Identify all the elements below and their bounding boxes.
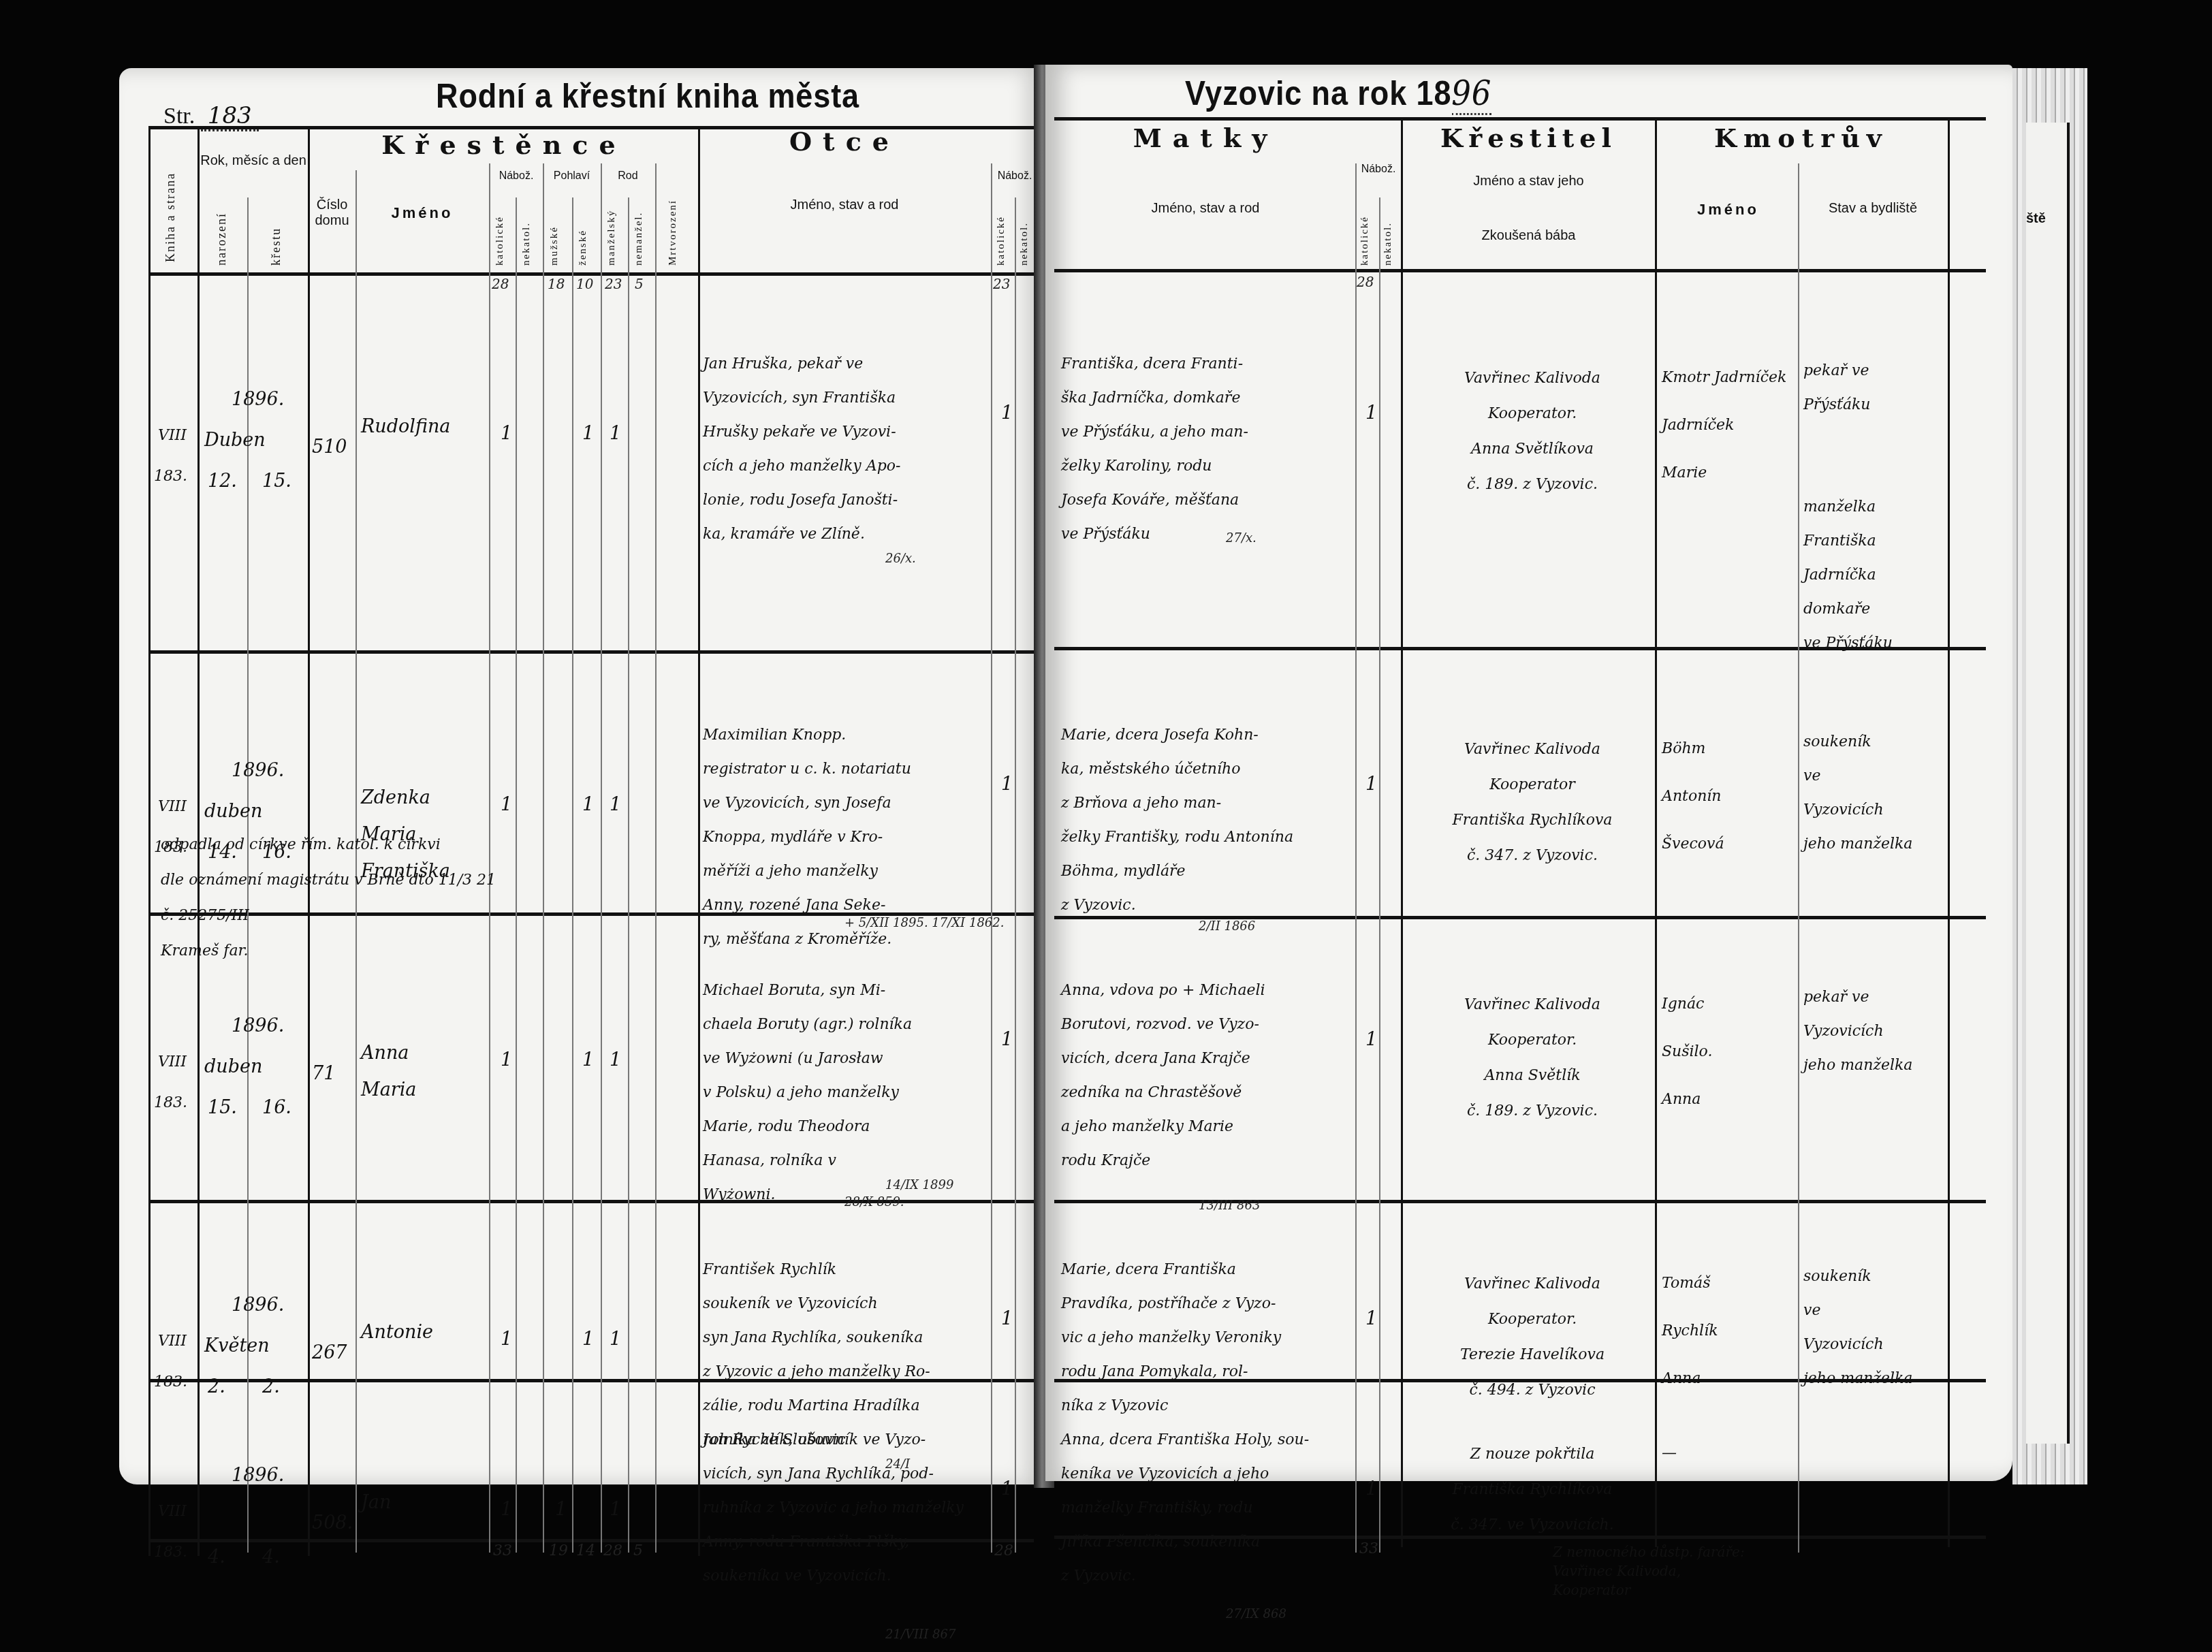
col-manzelsky: manželský xyxy=(606,204,618,266)
carry-otce-katol: 23 xyxy=(993,276,1010,292)
col-otce-katolicke: katolické xyxy=(996,204,1007,266)
carry-nemanzel: 5 xyxy=(635,276,644,292)
entry-mother: Františka, dcera Franti- ška Jadrníčka, … xyxy=(1061,347,1347,552)
col-katolicke: katolické xyxy=(494,204,506,266)
entry-baptizer: Vavřinec Kalivoda Kooperator. Terezie Ha… xyxy=(1410,1267,1655,1408)
entry-mother-dates: 13/III 863 xyxy=(1199,1198,1260,1213)
entry-father-dates: 28/X 859. xyxy=(844,1195,904,1209)
entry-baptism-day: 16. xyxy=(262,1090,291,1126)
col-matky-nekatol: nekatol. xyxy=(1382,204,1394,266)
col-rod: Rod xyxy=(601,170,655,182)
entry-year: 1896. xyxy=(232,381,284,418)
entry-strana: 183. xyxy=(154,1090,187,1117)
total-manzelsky: 28 xyxy=(603,1542,622,1559)
total-muzske: 19 xyxy=(549,1542,568,1559)
entry-catholic: 1 xyxy=(501,787,512,823)
entry-father: Jan Rychlík, obuvník ve Vyzo- vicích, sy… xyxy=(703,1423,989,1593)
entry-strana: 183. xyxy=(154,463,187,490)
entry-kniha: VIII xyxy=(158,1049,187,1076)
col-matky-naboz: Nábož. xyxy=(1355,163,1402,176)
title-right-text: Vyzovic na rok 18 xyxy=(1185,74,1451,112)
entry-year: 1896. xyxy=(232,1287,284,1324)
entry-catholic: 1 xyxy=(501,1321,512,1358)
col-krestitel-jmeno: Jméno a stav jeho xyxy=(1404,174,1653,189)
entry-father-note: 14/IX 1899 xyxy=(885,1178,953,1192)
entry-father: Jan Hruška, pekař ve Vyzovicích, syn Fra… xyxy=(703,347,989,552)
carry-zenske: 10 xyxy=(576,276,593,292)
total-matky-katol: 33 xyxy=(1359,1540,1378,1557)
col-zkousena-baba: Zkoušená bába xyxy=(1404,228,1653,244)
entry-father: Michael Boruta, syn Mi- chaela Boruty (a… xyxy=(703,974,989,1212)
entry-female: 1 xyxy=(582,787,594,823)
col-kmotr-stav: Stav a bydliště xyxy=(1801,201,1944,217)
entry-mother-note: 27/IX 868 xyxy=(1226,1607,1286,1621)
total-nemanzel: 5 xyxy=(633,1542,643,1559)
carry-manzelsky: 23 xyxy=(605,276,622,292)
entry-godparent-name: Kmotr Jadrníček Jadrníček Marie xyxy=(1662,354,1798,497)
entry-birth-day: 2. xyxy=(208,1369,225,1405)
col-cislo-domu: Číslo domu xyxy=(310,197,354,229)
entry-godparent-status: pekař ve Přýsťáku manželka Františka Jad… xyxy=(1803,354,1946,661)
entry-child-name: Antonie xyxy=(361,1314,433,1351)
entry-male: 1 xyxy=(555,1491,567,1528)
group-otce: Otce xyxy=(701,126,987,157)
entry-kniha: VIII xyxy=(158,1498,187,1525)
col-otce-nekatol: nekatol. xyxy=(1019,204,1030,266)
footer-signature: Z nemocného důstp. faráře: Vavřinec Kali… xyxy=(1553,1542,1745,1600)
entry-mother-catholic: 1 xyxy=(1365,1471,1377,1508)
entry-mother: Anna, dcera Františka Holy, sou- keníka … xyxy=(1061,1423,1347,1593)
entry-year: 1896. xyxy=(232,752,284,789)
group-kmotruv: Kmotrův xyxy=(1658,123,1944,153)
col-krestu: křestu xyxy=(269,204,283,266)
entry-godparent-name: Böhm Antonín Švecová xyxy=(1662,725,1798,868)
entry-father-catholic: 1 xyxy=(1001,1021,1013,1058)
entry-godparent-name: — xyxy=(1662,1430,1798,1478)
entry-baptism-day: 15. xyxy=(262,463,291,500)
total-otce-katol: 28 xyxy=(994,1542,1013,1559)
entry-father-catholic: 1 xyxy=(1001,1301,1013,1337)
col-nemanzel: nemanžel. xyxy=(633,204,645,266)
rule xyxy=(148,650,1034,654)
total-katolicke: 33 xyxy=(493,1542,512,1559)
col-otce-naboz: Nábož. xyxy=(991,170,1039,182)
page-label: Str. xyxy=(163,104,195,129)
col-zenske: ženské xyxy=(578,204,589,266)
col-matky-katolicke: katolické xyxy=(1359,204,1371,266)
entry-mother: Anna, vdova po + Michaeli Borutovi, rozv… xyxy=(1061,974,1347,1178)
entry-father-note: 26/x. xyxy=(885,552,916,566)
title-left: Rodní a křestní kniha města xyxy=(436,76,859,116)
entry-birth-day: 15. xyxy=(208,1090,237,1126)
col-mrtvorozeni: Mrtvorození xyxy=(667,177,679,266)
entry-legitimate: 1 xyxy=(610,1042,621,1079)
entry-strana: 183. xyxy=(154,1539,187,1566)
entry-father-note: 21/VIII 867 xyxy=(885,1627,955,1642)
entry-month: duben xyxy=(204,1049,262,1085)
group-matky: Matky xyxy=(1062,123,1348,153)
entry-year: 1896. xyxy=(232,1457,284,1494)
entry-mother-dates: 2/II 1866 xyxy=(1199,919,1255,934)
entry-godparent-status: pekař ve Vyzovicích jeho manželka xyxy=(1803,981,1946,1083)
group-krestence: Křestěnce xyxy=(313,129,695,160)
entry-father-catholic: 1 xyxy=(1001,1471,1013,1508)
entry-mother: Marie, dcera Františka Pravdíka, postříh… xyxy=(1061,1253,1347,1423)
entry-godparent-name: Ignác Sušilo. Anna xyxy=(1662,981,1798,1124)
entry-legitimate: 1 xyxy=(610,1321,621,1358)
entry-godparent-status: soukeník ve Vyzovicích jeho manželka xyxy=(1803,725,1946,861)
carry-muzske: 18 xyxy=(548,276,565,292)
col-muzske: mužské xyxy=(549,204,560,266)
next-page-fragment: ště xyxy=(2026,123,2070,1444)
entry-father-catholic: 1 xyxy=(1001,395,1013,432)
entry-baptizer: Vavřinec Kalivoda Kooperator Františka R… xyxy=(1410,732,1655,874)
entry-female: 1 xyxy=(582,415,594,452)
entry-catholic: 1 xyxy=(501,1491,512,1528)
entry-baptizer: Vavřinec Kalivoda Kooperator. Anna Světl… xyxy=(1410,987,1655,1129)
entry-strana: 183. xyxy=(154,1369,187,1396)
title-right: Vyzovic na rok 1896 xyxy=(1185,74,1491,113)
entry-kniha: VIII xyxy=(158,422,187,449)
entry-house-number: 508. xyxy=(312,1505,353,1542)
total-zenske: 14 xyxy=(576,1542,595,1559)
entry-mother-catholic: 1 xyxy=(1365,395,1377,432)
entry-birth-day: 4. xyxy=(208,1539,225,1576)
next-page-header: ště xyxy=(2026,211,2046,227)
entry-baptizer: Vavřinec Kalivoda Kooperator. Anna Světl… xyxy=(1410,361,1655,503)
entry-kniha: VIII xyxy=(158,793,187,821)
entry-house-number: 510 xyxy=(312,429,347,466)
entry-mother-catholic: 1 xyxy=(1365,766,1377,803)
entry-house-number: 267 xyxy=(312,1335,347,1371)
entry-mother: Marie, dcera Josefa Kohn- ka, městského … xyxy=(1061,718,1347,923)
entry-child-name: Rudolfina xyxy=(361,409,450,445)
entry-female: 1 xyxy=(582,1321,594,1358)
entry-catholic: 1 xyxy=(501,1042,512,1079)
entry-catholic: 1 xyxy=(501,415,512,452)
entry-year: 1896. xyxy=(232,1008,284,1045)
entry-house-number: 71 xyxy=(312,1055,335,1092)
col-matky-jmeno: Jméno, stav a rod xyxy=(1062,201,1348,217)
col-kniha-a-strana: Kniha a strana xyxy=(163,160,178,262)
entry-month: Květen xyxy=(204,1328,270,1365)
entry-legitimate: 1 xyxy=(610,415,621,452)
col-jmeno: Jméno xyxy=(358,204,487,222)
entry-father-dates: + 5/XII 1895. 17/XI 1862. xyxy=(844,916,1004,930)
col-naboz: Nábož. xyxy=(489,170,543,182)
entry-baptizer: Z nouze pokřtila Františka Rychlíkova č.… xyxy=(1410,1437,1655,1543)
entry-child-name: Anna Maria xyxy=(361,1035,416,1109)
col-narozeni: narození xyxy=(215,204,229,266)
rule xyxy=(1054,1200,1986,1203)
entry-mother-catholic: 1 xyxy=(1365,1021,1377,1058)
entry-mother-note: 27/x. xyxy=(1226,531,1257,545)
col-kmotr-jmeno: Jméno xyxy=(1658,201,1798,219)
entry-kniha: VIII xyxy=(158,1328,187,1355)
rule xyxy=(1054,117,1986,121)
col-nekatol: nekatol. xyxy=(521,204,533,266)
rule xyxy=(1054,269,1986,272)
group-krestitel: Křestitel xyxy=(1404,123,1653,153)
col-pohlavi: Pohlaví xyxy=(543,170,601,182)
carry-matky-katol: 28 xyxy=(1357,274,1374,290)
entry-month: duben xyxy=(204,793,262,830)
entry-child-name: Jan xyxy=(361,1484,391,1521)
entry-godparent-status: soukeník ve Vyzovicích jeho manželka xyxy=(1803,1260,1946,1396)
entry-mother-catholic: 1 xyxy=(1365,1301,1377,1337)
entry-baptism-day: 4. xyxy=(262,1539,280,1576)
col-otce-jmeno: Jméno, stav a rod xyxy=(701,197,987,213)
page-number-label: Str. 183 xyxy=(163,102,259,129)
entry-father-catholic: 1 xyxy=(1001,766,1013,803)
entry-legitimate: 1 xyxy=(610,787,621,823)
entry-godparent-name: Tomáš Rychlík Anna xyxy=(1662,1260,1798,1403)
entry-birth-day: 12. xyxy=(208,463,237,500)
carry-katolicke: 28 xyxy=(492,276,509,292)
year-suffix: 96 xyxy=(1451,74,1491,115)
entry-month: Duben xyxy=(204,422,266,459)
entry-legitimate: 1 xyxy=(610,1491,621,1528)
entry-female: 1 xyxy=(582,1042,594,1079)
entry-margin-note: odpadla od církve řím. katol. k církvi d… xyxy=(161,827,706,969)
entry-baptism-day: 2. xyxy=(262,1369,280,1405)
col-rok-mesic-den: Rok, měsíc a den xyxy=(199,153,308,169)
